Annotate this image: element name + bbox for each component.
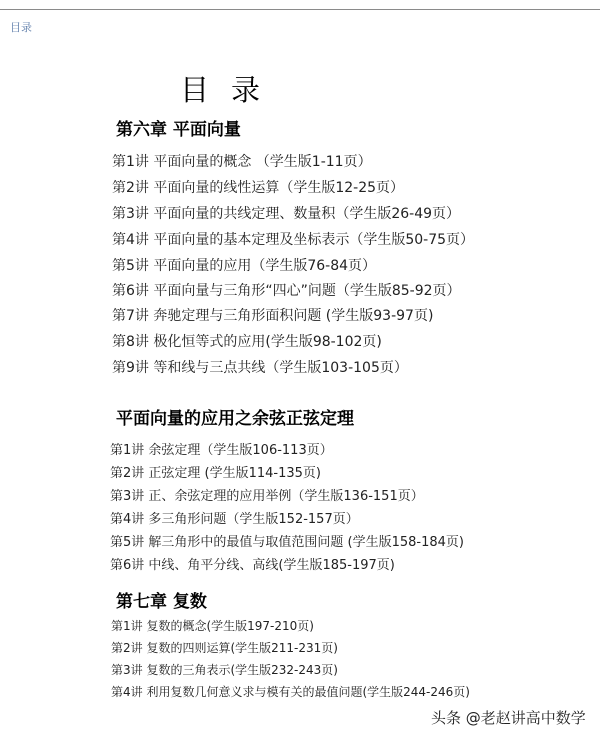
toc-item[interactable]: 第2讲 复数的四则运算(学生版211-231页) bbox=[111, 639, 338, 656]
toc-item[interactable]: 第4讲 利用复数几何意义求与模有关的最值问题(学生版244-246页) bbox=[111, 683, 470, 700]
toc-item[interactable]: 第6讲 中线、角平分线、高线(学生版185-197页) bbox=[110, 554, 395, 573]
toc-header-link[interactable]: 目录 bbox=[10, 19, 32, 35]
section-title: 第六章 平面向量 bbox=[116, 115, 241, 140]
section-title: 第七章 复数 bbox=[116, 587, 207, 612]
toc-item[interactable]: 第4讲 多三角形问题（学生版152-157页） bbox=[110, 508, 359, 527]
toc-item[interactable]: 第2讲 正弦定理 (学生版114-135页) bbox=[110, 462, 321, 481]
toc-item[interactable]: 第1讲 复数的概念(学生版197-210页) bbox=[111, 617, 314, 634]
toc-item[interactable]: 第6讲 平面向量与三角形“四心”问题（学生版85-92页） bbox=[112, 280, 461, 300]
toc-item[interactable]: 第3讲 复数的三角表示(学生版232-243页) bbox=[111, 661, 338, 678]
toc-item[interactable]: 第2讲 平面向量的线性运算（学生版12-25页） bbox=[112, 177, 404, 197]
page-title: 目录 bbox=[180, 68, 282, 109]
toc-item[interactable]: 第5讲 解三角形中的最值与取值范围问题 (学生版158-184页) bbox=[110, 531, 464, 550]
toc-item[interactable]: 第1讲 平面向量的概念 （学生版1-11页） bbox=[112, 151, 372, 171]
toc-item[interactable]: 第3讲 正、余弦定理的应用举例（学生版136-151页） bbox=[110, 485, 424, 504]
toc-item[interactable]: 第5讲 平面向量的应用（学生版76-84页） bbox=[112, 255, 376, 275]
section-title: 平面向量的应用之余弦正弦定理 bbox=[116, 404, 354, 429]
toc-item[interactable]: 第3讲 平面向量的共线定理、数量积（学生版26-49页） bbox=[112, 203, 460, 223]
top-divider bbox=[0, 9, 600, 10]
toc-item[interactable]: 第4讲 平面向量的基本定理及坐标表示（学生版50-75页） bbox=[112, 229, 474, 249]
watermark: 头条 @老赵讲高中数学 bbox=[431, 707, 586, 728]
toc-item[interactable]: 第7讲 奔驰定理与三角形面积问题 (学生版93-97页) bbox=[112, 305, 433, 325]
toc-item[interactable]: 第8讲 极化恒等式的应用(学生版98-102页) bbox=[112, 331, 382, 351]
toc-item[interactable]: 第9讲 等和线与三点共线（学生版103-105页） bbox=[112, 357, 408, 377]
toc-item[interactable]: 第1讲 余弦定理（学生版106-113页） bbox=[110, 439, 333, 458]
